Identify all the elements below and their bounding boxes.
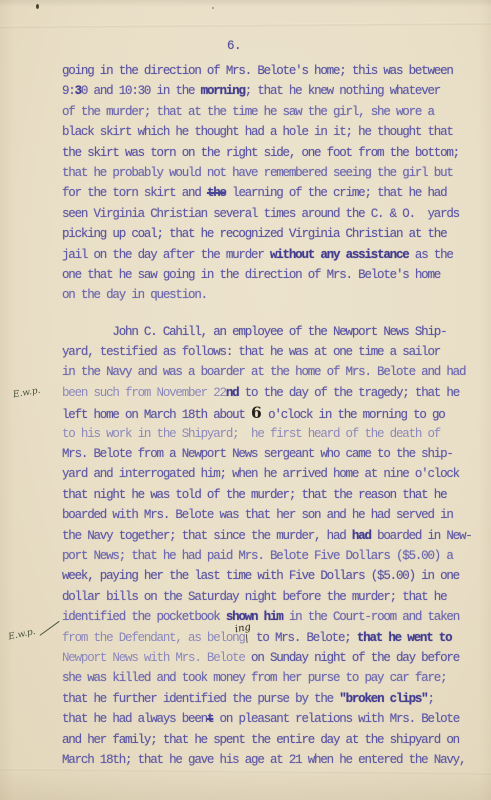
typed-line: port News; that he had paid Mrs. Belote … — [62, 546, 464, 566]
margin-initials-text: E.w.p. — [8, 627, 37, 643]
typed-line: John C. Cahill, an employee of the Newpo… — [62, 322, 464, 342]
typed-line: she was killed and took money from her p… — [62, 668, 464, 688]
typed-line: black skirt which he thought had a hole … — [62, 122, 464, 142]
typed-line: that he probably would not have remember… — [62, 163, 464, 183]
typed-line: identified the pocketbook shown him in t… — [62, 607, 464, 627]
typed-line: for the torn skirt and the learning of t… — [62, 183, 464, 203]
struck-out-text: the — [207, 186, 226, 200]
paragraph: John C. Cahill, an employee of the Newpo… — [62, 322, 464, 771]
typed-line: one that he saw going in the direction o… — [62, 265, 464, 285]
typed-line: yard, testified as follows: that he was … — [62, 342, 464, 362]
typed-line: that night he was told of the murder; th… — [62, 485, 464, 505]
typed-line: that he had always beent on pleasant rel… — [62, 709, 464, 729]
typed-line: been such from November 22nd to the day … — [62, 383, 464, 403]
typed-line: left home on March 18th about 6 o'clock … — [62, 403, 464, 423]
typed-line: Mrs. Belote from a Newport News sergeant… — [62, 444, 464, 464]
typed-line: dollar bills on the Saturday night befor… — [62, 587, 464, 607]
typed-line: picking up coal; that he recognized Virg… — [62, 224, 464, 244]
typed-line: on the day in question. — [62, 285, 464, 305]
typed-line: 9:30 and 10:30 in the morning; that he k… — [62, 81, 464, 101]
typed-line: week, paying her the last time with Five… — [62, 566, 464, 586]
margin-slash-mark — [39, 621, 59, 636]
page-number: 6. — [227, 39, 241, 53]
margin-initials: E.w.p. — [8, 622, 62, 643]
margin-initials: E.w.p. — [12, 386, 41, 401]
handwritten-numeral: 6 — [251, 403, 262, 422]
typed-line: boarded with Mrs. Belote was that her so… — [62, 505, 464, 525]
typed-line: going in the direction of Mrs. Belote's … — [62, 61, 464, 81]
typed-line: seen Virginia Christian several times ar… — [62, 204, 464, 224]
typed-line: from the Defendant, as belong\ing to Mrs… — [62, 628, 464, 648]
handwritten-word: ing — [233, 617, 252, 640]
typed-line: to his work in the Shipyard; he first he… — [62, 424, 464, 444]
paper-crease — [0, 22, 491, 28]
stain-speck — [36, 4, 39, 9]
typed-line: and her family; that he spent the entire… — [62, 730, 464, 750]
margin-initials-text: E.w.p. — [12, 386, 41, 401]
typed-line: that he further identified the purse by … — [62, 689, 464, 709]
document-page: going in the direction of Mrs. Belote's … — [62, 61, 464, 770]
typed-line: of the murder; that at the time he saw t… — [62, 102, 464, 122]
typed-line: the Navy together; that since the murder… — [62, 526, 464, 546]
typed-line: jail on the day after the murder without… — [62, 245, 464, 265]
typed-line: the skirt was torn on the right side, on… — [62, 143, 464, 163]
typed-line: March 18th; that he gave his age at 21 w… — [62, 750, 464, 770]
typed-line: in the Navy and was a boarder at the hom… — [62, 362, 464, 382]
typed-line: yard and interrogated him; when he arriv… — [62, 464, 464, 484]
stain-speck — [212, 7, 214, 9]
typed-line: Newport News with Mrs. Belote on Sunday … — [62, 648, 464, 668]
paragraph: going in the direction of Mrs. Belote's … — [62, 61, 464, 306]
handwritten-insertion: \ing — [245, 631, 250, 645]
